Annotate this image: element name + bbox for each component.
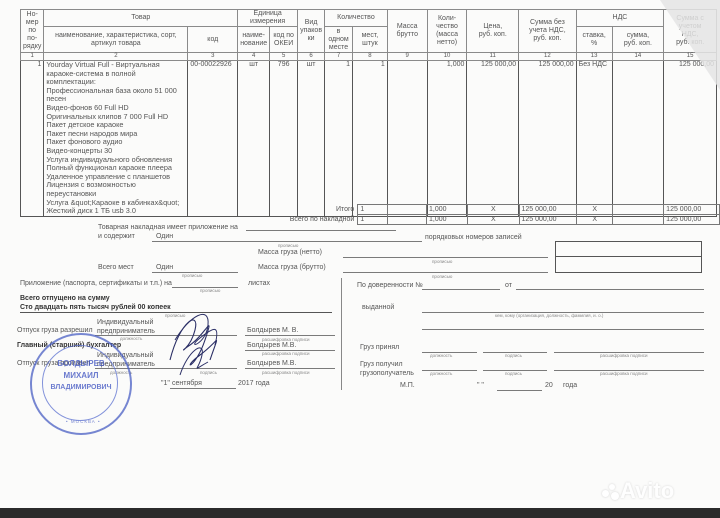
header-pack-type: Вид упаков ки [298,10,325,53]
header-gross-mass: Масса брутто [387,10,427,53]
header-net-qty: Коли- чество (масса нетто) [427,10,467,53]
date2-suffix: года [563,382,577,389]
position-caption: должность [430,353,452,358]
waybill-page: Но- мер по по- рядку Товар Единица измер… [0,0,720,510]
totals-places: 1 [358,205,388,215]
page-fold [660,0,720,90]
signature-caption: подпись [505,371,522,376]
contains-value: Один [156,233,173,240]
date2-quote: " " [477,382,484,389]
item-price: 125 000,00 [467,61,519,217]
position-value-1: Индивидуальный предприниматель [97,318,155,336]
item-vat-rate: Без НДС [576,61,612,217]
totals-gross [388,215,427,225]
stamp-line-2: МИХАИЛ [32,371,130,381]
decoding-caption: расшифровка подписи [262,370,309,375]
header-quantity: Количество [325,10,388,27]
stamp-line-3: ВЛАДИМИРОВИЧ [32,383,130,393]
from-label: от [505,282,512,289]
colnum: 13 [576,53,612,61]
company-stamp: БОЛДЫРЕВ МИХАИЛ ВЛАДИМИРОВИЧ • МОСКВА • [30,333,132,435]
colnum: 9 [387,53,427,61]
item-code: 00-00022926 [188,61,238,217]
totals-vat-rate: X [577,205,613,215]
issued-label: выданной [362,304,394,311]
header-goods-code: код [188,27,238,53]
decoding-caption: расшифровка подписи [600,371,647,376]
totals-sum-with-vat: 125 000,00 [664,215,720,225]
stamp-ring-text: • МОСКВА • [66,419,101,424]
colnum: 8 [353,53,388,61]
header-goods-name: наименование, характеристика, сорт, арти… [44,27,188,53]
header-vat: НДС [576,10,664,27]
item-sum-no-vat: 125 000,00 [519,61,577,217]
colnum: 14 [612,53,664,61]
header-qty-per-place: в одном месте [325,27,353,53]
totals-places: 1 [358,215,388,225]
avito-logo-icon [602,484,620,502]
totals-vat-rate: X [577,215,613,225]
mass-box [555,241,702,273]
totals-net-qty: 1,000 [427,205,468,215]
issued-caption: кем, кому (организация, должность, фамил… [495,313,603,318]
header-unit-okei: код по ОКЕИ [270,27,298,53]
totals-price: X [468,215,519,225]
stamp-place-label: М.П. [400,382,415,389]
released-total-words: Сто двадцать пять тысяч рублей 00 копеек [20,304,171,311]
signer-1: Болдырев М. В. [247,327,298,334]
totals-vat-sum [613,205,664,215]
decoding-caption: расшифровка подписи [600,353,647,358]
colnum: 12 [519,53,577,61]
poa-label: По доверенности № [357,282,423,289]
in-words-caption: прописью [182,273,202,278]
header-goods: Товар [44,10,238,27]
header-vat-rate: ставка, % [576,27,612,53]
released-total-label: Всего отпущено на сумму [20,295,110,302]
cargo-accepted-label: Груз принял [360,344,399,351]
item-qty-per-place: 1 [325,61,353,217]
header-row-no: Но- мер по по- рядку [21,10,44,53]
item-gross [387,61,427,217]
decoding-caption: расшифровка подписи [262,351,309,356]
totals-sum-no-vat: 125 000,00 [519,205,577,215]
date2-year: 20 [545,382,553,389]
date-year: 2017 года [238,380,270,387]
totals-table: Итого 1 1,000 X 125 000,00 X 125 000,00 … [230,204,720,225]
totals-gross [388,205,427,215]
totals-price: X [468,205,519,215]
item-description: Yourday Virtual Full - Виртуальная карао… [44,61,188,217]
totals-label: Итого [230,205,358,215]
totals-row-itogo: Итого 1 1,000 X 125 000,00 X 125 000,00 [230,205,720,215]
date-month: сентября [172,380,202,387]
records-label: порядковых номеров записей [425,234,522,241]
total-places-value: Один [156,264,173,271]
goods-table: Но- мер по по- рядку Товар Единица измер… [20,9,717,217]
totals-sum-no-vat: 125 000,00 [519,215,577,225]
totals-vat-sum [613,215,664,225]
date-day: "1" [161,380,170,387]
total-places-label: Всего мест [98,264,134,271]
colnum: 1 [21,53,44,61]
totals-label: Всего по накладной [230,215,358,225]
net-mass-label: Масса груза (нетто) [258,249,322,256]
position-caption: должность [120,336,142,341]
signer-2: Болдырев М.В. [247,342,296,349]
header-vat-sum: сумма, руб. коп. [612,27,664,53]
signer-3: Болдырев М.В. [247,360,296,367]
table-row: 1 Yourday Virtual Full - Виртуальная кар… [21,61,717,217]
item-pack: шт [298,61,325,217]
gross-mass-label: Масса груза (брутто) [258,264,326,271]
colnum: 4 [238,53,270,61]
signature-caption: подпись [505,353,522,358]
item-vat-sum [612,61,664,217]
totals-row-all: Всего по накладной 1 1,000 X 125 000,00 … [230,215,720,225]
bottom-bar [0,508,720,518]
colnum: 7 [325,53,353,61]
contains-label: и содержит [98,233,135,240]
stamp-line-1: БОЛДЫРЕВ [32,359,130,369]
sheets-label: листах [248,280,270,287]
header-unit-name: наиме- нование [238,27,270,53]
header-unit: Единица измерения [238,10,298,27]
cargo-received-label: Груз получил [360,361,403,368]
item-net-qty: 1,000 [427,61,467,217]
colnum: 5 [270,53,298,61]
header-qty-places: мест, штук [353,27,388,53]
row-no: 1 [21,61,44,217]
position-caption: должность [430,371,452,376]
totals-sum-with-vat: 125 000,00 [664,205,720,215]
in-words-caption: прописью [432,259,452,264]
item-unit-name: шт [238,61,270,217]
colnum: 11 [467,53,519,61]
totals-net-qty: 1,000 [427,215,468,225]
in-words-caption: прописью [432,274,452,279]
consignee-label: грузополучатель [360,370,414,377]
colnum: 3 [188,53,238,61]
colnum: 6 [298,53,325,61]
signature-scribble [160,300,230,380]
avito-watermark: Avito [620,478,674,504]
header-sum-no-vat: Сумма без учета НДС, руб. коп. [519,10,577,53]
header-price: Цена, руб. коп. [467,10,519,53]
item-okei: 796 [270,61,298,217]
in-words-caption: прописью [278,243,298,248]
in-words-caption: прописью [200,288,220,293]
docs-label: Приложение (паспорта, сертификаты и т.п.… [20,280,172,287]
colnum: 10 [427,53,467,61]
attachment-label: Товарная накладная имеет приложение на [98,224,238,231]
item-places: 1 [353,61,388,217]
